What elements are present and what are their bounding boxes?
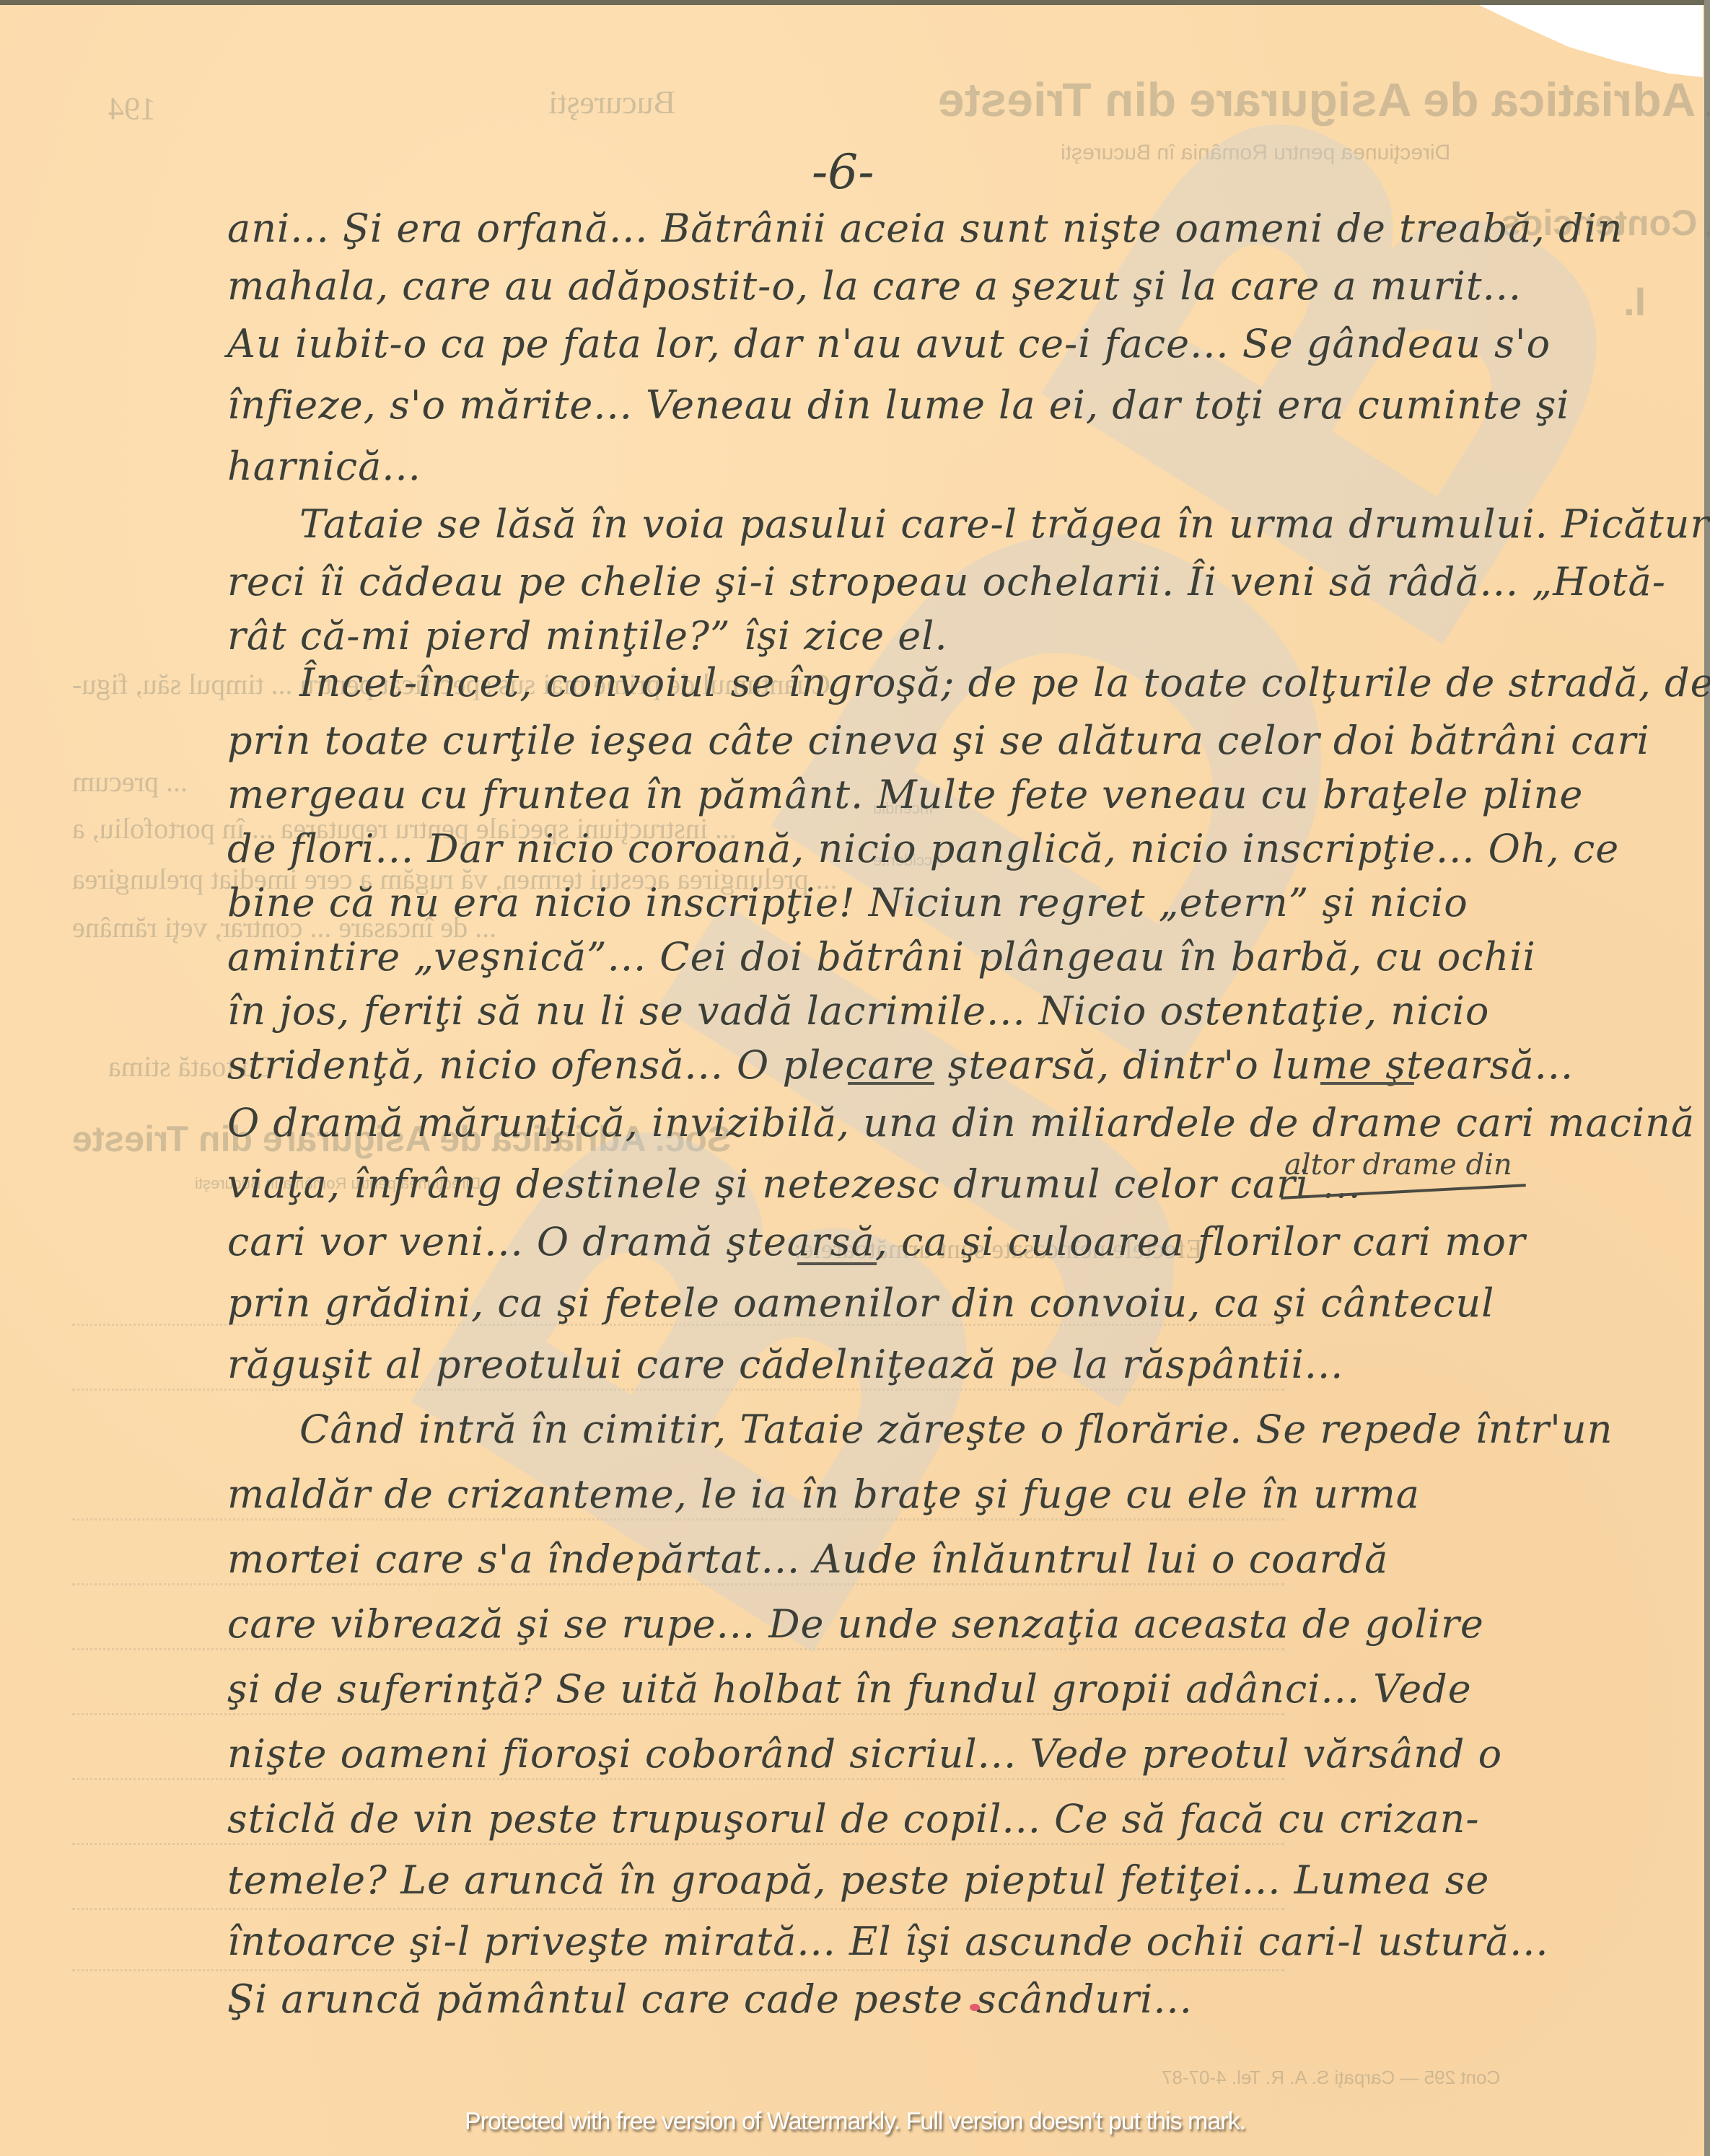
bleed-footer: Cont 295 — Carpaţi S. A. R. Tel. 4-07-87	[1162, 2067, 1500, 2089]
manuscript-line: cari vor veni... O dramă ştearsă, ca şi …	[227, 1223, 1598, 1262]
manuscript-line: mortei care s'a îndepărtat... Aude înlău…	[227, 1540, 1598, 1579]
letterhead-numbering: I.	[1623, 278, 1646, 325]
manuscript-line: ani... Şi era orfană... Bătrânii aceia s…	[227, 209, 1598, 248]
manuscript-line: stridenţă, nicio ofensă... O plecare şte…	[227, 1046, 1598, 1085]
letterhead-company: Societatea Adriatica de Asigurare din Tr…	[938, 72, 1710, 127]
manuscript-line: înfieze, s'o mărite... Veneau din lume l…	[227, 386, 1598, 425]
underline-stearsa	[797, 1262, 877, 1265]
manuscript-line: în jos, feriţi să nu li se vadă lacrimil…	[227, 992, 1598, 1031]
bleed-dotted-rule	[72, 1843, 1284, 1845]
manuscript-line: Au iubit-o ca pe fata lor, dar n'au avut…	[227, 325, 1598, 364]
manuscript-line: reci îi cădeau pe chelie şi-i stropeau o…	[227, 563, 1598, 602]
manuscript-line: O dramă mărunţică, invizibilă, una din m…	[227, 1104, 1598, 1143]
underline-stearsa	[1320, 1082, 1414, 1085]
manuscript-line: mergeau cu fruntea în pământ. Multe fete…	[227, 775, 1598, 814]
watermark-notice: Protected with free version of Watermark…	[0, 2108, 1710, 2136]
manuscript-line: întoarce şi-l priveşte mirată... El îşi …	[227, 1922, 1598, 1961]
manuscript-line: nişte oameni fioroşi coborând sicriul...…	[227, 1735, 1598, 1774]
manuscript-line: prin grădini, ca şi fetele oamenilor din…	[227, 1284, 1598, 1323]
bleed-dotted-rule	[72, 1969, 1284, 1971]
bleed-dotted-rule	[72, 1713, 1284, 1715]
manuscript-line: maldăr de crizanteme, le ia în braţe şi …	[227, 1475, 1598, 1514]
manuscript-line: Când intră în cimitir, Tataie zăreşte o …	[299, 1410, 1670, 1449]
bleed-dotted-rule	[72, 1778, 1284, 1780]
manuscript-line: răguşit al preotului care cădelniţează p…	[227, 1345, 1598, 1384]
inserted-correction: altor drame din	[1284, 1148, 1512, 1182]
page-number: -6-	[812, 144, 874, 200]
manuscript-line: bine că nu era nicio inscripţie! Niciun …	[227, 884, 1598, 923]
manuscript-line: care vibrează şi se rupe... De unde senz…	[227, 1605, 1598, 1644]
manuscript-line: de flori... Dar nicio coroană, nicio pan…	[227, 830, 1598, 868]
manuscript-line: harnică...	[227, 447, 1598, 486]
bleed-dotted-rule	[72, 1518, 1284, 1521]
letterhead-year: 194	[108, 90, 156, 127]
manuscript-line: amintire „veşnică”... Cei doi bătrâni pl…	[227, 938, 1598, 977]
manuscript-line: mahala, care au adăpostit-o, la care a ş…	[227, 267, 1598, 306]
manuscript-line: şi de suferinţă? Se uită holbat în fundu…	[227, 1670, 1598, 1709]
letterhead-city: Bucureşti	[548, 83, 675, 121]
bleed-body-line: ... precum	[72, 765, 188, 798]
bleed-dotted-rule	[72, 1908, 1284, 1910]
manuscript-line: prin toate curţile ieşea câte cineva şi …	[227, 721, 1598, 760]
manuscript-line: Şi aruncă pământul care cade peste scând…	[227, 1980, 1598, 2019]
scan-right-edge	[1704, 0, 1710, 2156]
scan-top-edge	[0, 0, 1710, 5]
letterhead-division: Direcţiunea pentru România în Bucureşti	[1061, 141, 1450, 165]
underline-stearsa	[848, 1082, 934, 1085]
manuscript-line: temele? Le aruncă în groapă, peste piept…	[227, 1861, 1598, 1900]
bleed-dotted-rule	[72, 1389, 1284, 1391]
bleed-dotted-rule	[72, 1583, 1284, 1585]
manuscript-line: Tataie se lăsă în voia pasului care-l tr…	[299, 505, 1670, 544]
manuscript-line: Încet-încet, convoiul se îngroşă; de pe …	[299, 664, 1670, 703]
manuscript-line: sticlă de vin peste trupuşorul de copil.…	[227, 1800, 1598, 1839]
bleed-dotted-rule	[72, 1648, 1284, 1650]
manuscript-line: rât că-mi pierd minţile?” îşi zice el.	[227, 617, 1598, 656]
red-ink-mark	[970, 2004, 980, 2011]
